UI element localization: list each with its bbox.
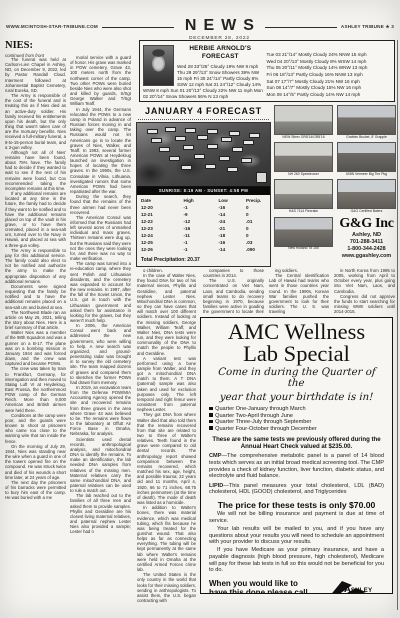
- masthead-paper-page: ASHLEY TRIBUNE ★ 3: [341, 24, 394, 30]
- col-header-low: Low: [219, 197, 247, 204]
- table-cell: 0: [246, 204, 266, 211]
- page-edge-rule: [397, 40, 398, 610]
- article-paragraph: The U.S. originally concentrated on Viet…: [203, 278, 264, 314]
- gg-city: Ashley, ND: [337, 232, 396, 238]
- equipment-photo-cell: NEW Sitrex GR8'14/GR8'16: [274, 105, 333, 139]
- article-paragraph: The American Consul was informed that th…: [70, 215, 131, 261]
- article-paragraph: In 2006, the American Consul went back a…: [70, 323, 131, 385]
- total-precipitation: Total Precipitation: 20.37: [137, 254, 270, 266]
- lipid-text: —This panel measures your total choleste…: [209, 483, 384, 496]
- table-cell: 12-24: [141, 232, 184, 239]
- observations-table: Date High Low Precip. 12-20-1-16012-21-9…: [137, 195, 270, 255]
- text-line: Thu 05 20°/11° Mostly Cloudy 14% WNW 13 …: [267, 65, 391, 72]
- article-column-1: The funeral was held at Carlson-Lien Cha…: [5, 57, 66, 612]
- col-header-high: High: [184, 197, 219, 204]
- table-cell: -14: [219, 246, 247, 253]
- article-paragraph: Conditions at the camp were poor, and th…: [5, 413, 66, 444]
- equipment-caption: NEW Sitrex GR8'14/GR8'16: [274, 136, 333, 140]
- amc-title-line2: Lab Special: [209, 343, 384, 365]
- amc-script-line2: year that your birthdate is in!: [209, 392, 385, 403]
- table-row: 12-20-1-160: [141, 204, 266, 211]
- article-column-3: o children.In the case of Walter Nies, t…: [137, 268, 196, 614]
- table-cell: 12-26: [141, 246, 184, 253]
- gg-company-name: G&G Inc: [337, 217, 396, 231]
- forecast-entry: Sun 01 20°/13° Cloudy 22% NW 11 mph: [170, 88, 254, 93]
- equipment-photo-cell: H&S 7114 Flexrake: [274, 179, 333, 213]
- article-title: NIES:: [5, 41, 67, 52]
- text-line: Mon 09 14°/5° Partly Cloudy 14% NW 14 mp…: [267, 92, 391, 99]
- text-line: Wed 04 20°/13° Mostly Cloudy 8% WSW 14 m…: [267, 59, 391, 66]
- table-header-row: Date High Low Precip.: [141, 197, 266, 204]
- equipment-photo-cell: New Holland T8 155: [274, 217, 333, 260]
- table-cell: 12-23: [141, 225, 184, 232]
- text-line: Fri 06 18°/13° Partly Cloudy 16% NNW 13 …: [267, 72, 391, 79]
- forecaster-photo: [143, 45, 174, 86]
- table-cell: 12-22: [141, 218, 184, 225]
- table-cell: -1: [184, 246, 219, 253]
- gg-contact-block: G&G Inc Ashley, ND 701-288-3411 1-800-34…: [337, 217, 396, 260]
- article-paragraph: companies to those countries in 2014.: [203, 268, 264, 278]
- masthead-url: WWW.MCINTOSH-STAR-TRIBUNE.COM: [6, 24, 98, 29]
- equipment-caption: Grabtec Bucket, 8' Grapple: [337, 136, 396, 140]
- amc-script-line1: Come in during the Quarter of the: [208, 367, 385, 390]
- article-column-6: in North Korea from 1995 to 2005, workin…: [334, 268, 395, 314]
- section-title: NEWS: [185, 18, 261, 34]
- equipment-photo-grid: NEW Sitrex GR8'14/GR8'16Grabtec Bucket, …: [274, 105, 396, 214]
- article-paragraph: Documents were signed requesting that th…: [5, 284, 66, 310]
- table-cell: .03: [246, 239, 266, 246]
- table-cell: .090: [246, 246, 266, 253]
- equipment-photo: [274, 179, 333, 209]
- table-row: 12-25-1-16.03: [141, 239, 266, 246]
- article-paragraph: Although not all of Nies' remains have b…: [5, 150, 66, 191]
- equipment-caption: G&G Certified Balers: [337, 210, 396, 214]
- table-cell: 0: [246, 225, 266, 232]
- article-paragraph: morial service with a guard of honor. Hi…: [70, 55, 131, 107]
- masthead-rule-left: [102, 27, 174, 28]
- article-paragraph: The United States is the only country in…: [137, 572, 196, 603]
- table-cell: 12-25: [141, 239, 184, 246]
- col-header-precip: Precip.: [246, 197, 266, 204]
- article-paragraph: The lab reached out to the families of a…: [70, 493, 131, 534]
- amc-value-statement: These are the same tests we previously o…: [209, 436, 384, 450]
- article-paragraph: In July 1944, the Germans relocated the …: [70, 107, 131, 195]
- article-paragraph: Scientists used dental records, anthropo…: [70, 437, 131, 494]
- table-cell: -9: [184, 211, 219, 218]
- equipment-photo-cell: G&G Certified Balers: [337, 179, 396, 213]
- article-paragraph: In 2019, an excavation team from the Def…: [70, 385, 131, 437]
- cmp-label: CMP: [209, 453, 221, 459]
- equipment-photo: [274, 105, 333, 135]
- jan4-tick-row: [138, 119, 269, 120]
- table-cell: .01: [246, 218, 266, 225]
- text-line: Quarter Four-October through December: [209, 426, 384, 432]
- table-cell: -12: [184, 218, 219, 225]
- table-row: 12-23-16-210: [141, 225, 266, 232]
- equipment-photo-cell: Grabtec Bucket, 8' Grapple: [337, 105, 396, 139]
- amc-paragraph-2: Your lab results will be mailed to you, …: [209, 526, 384, 546]
- table-row: 12-24-11-180: [141, 232, 266, 239]
- forecast-box: HERBIE ARNOLD'S FORECAST Wed 28 33°/26° …: [139, 40, 395, 102]
- table-cell: -24: [219, 218, 247, 225]
- equipment-caption: 605N Vermeer Big Tire Pkg: [337, 173, 396, 177]
- forecast-left-column: HERBIE ARNOLD'S FORECAST Wed 28 33°/26° …: [143, 44, 264, 98]
- article-paragraph: In addition to Walter's bones, there was…: [137, 505, 196, 572]
- gg-inc-ad: NEW Sitrex GR8'14/GR8'16Grabtec Bucket, …: [274, 105, 396, 259]
- article-paragraph: In the case of Walter Nies, they found D…: [137, 273, 196, 356]
- equipment-photo-cell: NH 260 Speedrower: [274, 142, 333, 176]
- article-paragraph: If any additional remains are located at…: [5, 191, 66, 248]
- table-cell: -14: [219, 211, 247, 218]
- forecast-entry: Wed 28 33°/26° Cloudy 19% NW 9 mph: [177, 64, 258, 69]
- table-cell: -16: [219, 204, 247, 211]
- table-row: 12-21-9-140: [141, 211, 266, 218]
- article-column-5: ing soldiers.The Central Identification …: [269, 268, 329, 314]
- cmp-text: —The comprehensive metabolic panel is a …: [209, 453, 384, 479]
- table-cell: -1: [184, 204, 219, 211]
- article-paragraph: The funeral was held at Carlson-Lien Cha…: [5, 57, 66, 93]
- table-row: 12-22-12-24.01: [141, 218, 266, 225]
- equipment-photo: [337, 179, 396, 209]
- article-paragraph: The crew was taken by train to Frankfurt…: [5, 366, 66, 412]
- jan4-forecast-section: JANUARY 4 FORECAST SUNRISE: 8:19 AM - SU…: [136, 106, 271, 267]
- table-cell: -1: [184, 239, 219, 246]
- equipment-photo: [274, 217, 333, 247]
- table-body: 12-20-1-16012-21-9-14012-22-12-24.0112-2…: [141, 204, 266, 254]
- call-to-action: When you would like to have this done pl…: [209, 579, 313, 594]
- article-paragraph: On the morning of July 29, 1944, Nies wa…: [5, 444, 66, 480]
- masthead: WWW.MCINTOSH-STAR-TRIBUNE.COM NEWS DECEM…: [0, 18, 400, 41]
- equipment-photo: [337, 142, 396, 172]
- masthead-center: NEWS DECEMBER 28, 2022: [178, 18, 261, 41]
- equipment-caption: NH 260 Speedrower: [274, 173, 333, 177]
- quarter-bullet-list: Quarter One-January through MarchQuarter…: [209, 406, 384, 432]
- article-paragraph: Congress did not approve the funds to st…: [334, 294, 395, 314]
- logo-line-medical: MEDICAL: [350, 588, 382, 594]
- article-paragraph: in North Korea from 1995 to 2005, workin…: [334, 268, 395, 294]
- equipment-photo: [337, 105, 396, 135]
- gg-website: www.ggashley.com: [337, 253, 396, 259]
- article-paragraph: Walter Nies was a member of the 98th Squ…: [5, 330, 66, 366]
- newspaper-page: WWW.MCINTOSH-STAR-TRIBUNE.COM NEWS DECEM…: [0, 0, 400, 618]
- text-line: Sun 08 14°/7° Mostly Cloudy 15% NW 16 mp…: [267, 85, 391, 92]
- col-header-date: Date: [141, 197, 184, 204]
- price-headline: The price for these tests is only $70.00: [209, 500, 384, 510]
- article-column-4: companies to those countries in 2014.The…: [203, 268, 264, 314]
- article-paragraph: A variant test was performed using a bon…: [137, 356, 196, 413]
- gg-phone-2: 1-800-344-2428: [337, 246, 396, 252]
- lipid-description: LIPID—This panel measures your total cho…: [209, 483, 384, 496]
- amc-paragraph-1: We will not be billing insurance and pay…: [209, 511, 384, 524]
- article-paragraph: The Army is responsible of the cost of t…: [5, 93, 66, 150]
- text-line: Tue 03 21°/14° Mostly Cloudy 24% NNW 15 …: [267, 52, 391, 59]
- article-paragraph: The Northwest Blade ran an article on Ma…: [5, 310, 66, 331]
- equipment-caption: H&S 7114 Flexrake: [274, 210, 333, 214]
- table-cell: -16: [219, 239, 247, 246]
- jan4-title: JANUARY 4 FORECAST: [136, 106, 271, 116]
- article-paragraph: The Central Identification Lab of Hawaii…: [269, 273, 329, 314]
- article-paragraph: The camp was turned into a re-education …: [70, 261, 131, 323]
- article-head: NIES: continued from front: [5, 41, 67, 58]
- amc-logo: ASHLEY MEDICAL CENTER Working for a Heal…: [313, 579, 384, 594]
- amc-paragraph-3: If you have Medicare as your primary ins…: [209, 547, 384, 573]
- table-cell: -18: [219, 232, 247, 239]
- article-paragraph: The Army is responsible to pay for this …: [5, 248, 66, 284]
- article-paragraph: They got DNA from where Walter died that…: [137, 412, 196, 505]
- article-column-2: morial service with a guard of honor. Hi…: [70, 55, 131, 612]
- gg-phone-1: 701-288-3411: [337, 239, 396, 245]
- table-row: 12-26-1-14.090: [141, 246, 266, 253]
- article-paragraph: The next day the prisoners of his barrac…: [5, 480, 66, 501]
- forecast-week-2: Tue 03 21°/14° Mostly Cloudy 24% NNW 15 …: [267, 44, 391, 98]
- equipment-photo: [274, 142, 333, 172]
- lipid-label: LIPID: [209, 483, 223, 489]
- sunrise-sunset-bar: SUNRISE: 8:19 AM - SUNSET: 4:58 PM: [137, 187, 270, 195]
- table-cell: 0: [246, 211, 266, 218]
- cmp-description: CMP—The comprehensive metabolic panel is…: [209, 453, 384, 479]
- map-legend: [256, 172, 267, 183]
- amc-wellness-ad: AMC Wellness Lab Special Come in during …: [200, 317, 393, 594]
- equipment-caption: New Holland T8 155: [274, 247, 333, 251]
- weather-map: [137, 123, 270, 187]
- table-cell: 0: [246, 232, 266, 239]
- table-cell: -21: [219, 225, 247, 232]
- logo-letter-m: M: [350, 593, 358, 594]
- masthead-rule-right: [265, 27, 337, 28]
- table-cell: 12-21: [141, 211, 184, 218]
- text-line: Sat 07 17°/7° Mostly Cloudy 21% NW 16 mp…: [267, 79, 391, 86]
- jan4-box: SUNRISE: 8:19 AM - SUNSET: 4:58 PM Date …: [136, 122, 271, 268]
- table-cell: -11: [184, 232, 219, 239]
- table-cell: -16: [184, 225, 219, 232]
- table-cell: 12-20: [141, 204, 184, 211]
- amc-title-line1: AMC Wellness: [209, 321, 384, 343]
- article-paragraph: During the search, they found that the r…: [70, 194, 131, 215]
- equipment-photo-cell: 605N Vermeer Big Tire Pkg: [337, 142, 396, 176]
